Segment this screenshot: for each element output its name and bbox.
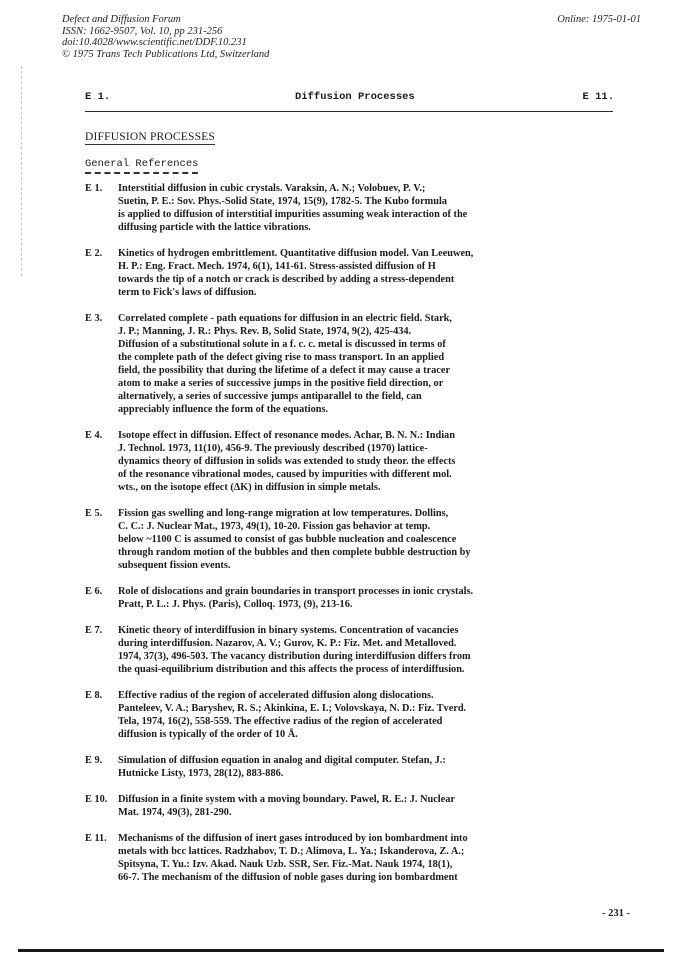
entry-text-line: atom to make a series of successive jump… <box>118 377 630 390</box>
entry-text-line: alternatively, a series of successive ju… <box>118 390 630 403</box>
journal-metadata: Defect and Diffusion Forum ISSN: 1662-95… <box>62 14 269 60</box>
margin-scan-line <box>21 66 22 276</box>
entry-text-line: field, the possibility that during the l… <box>118 364 630 377</box>
reference-entry: E 4. Isotope effect in diffusion. Effect… <box>85 429 630 494</box>
subsection-title: General References <box>85 158 198 174</box>
entry-text-line: 66-7. The mechanism of the diffusion of … <box>118 871 630 884</box>
entry-text-line: C. C.: J. Nuclear Mat., 1973, 49(1), 10-… <box>118 520 630 533</box>
reference-list: E 1. Interstitial diffusion in cubic cry… <box>85 182 630 884</box>
entry-text-line: below ~1100 C is assumed to consist of g… <box>118 533 630 546</box>
entry-text-line: Kinetic theory of interdiffusion in bina… <box>118 624 630 637</box>
entry-text-line: the complete path of the defect giving r… <box>118 351 630 364</box>
entry-label: E 9. <box>85 754 102 767</box>
running-head-first-entry: E 1. <box>85 91 110 103</box>
entry-text-line: Diffusion in a finite system with a movi… <box>118 793 630 806</box>
entry-label: E 11. <box>85 832 107 845</box>
reference-entry: E 10. Diffusion in a finite system with … <box>85 793 630 819</box>
reference-entry: E 8. Effective radius of the region of a… <box>85 689 630 741</box>
running-head-title: Diffusion Processes <box>295 91 415 103</box>
entry-text-line: Tela, 1974, 16(2), 558-559. The effectiv… <box>118 715 630 728</box>
entry-text-line: Effective radius of the region of accele… <box>118 689 630 702</box>
entry-text-line: Spitsyna, T. Yu.: Izv. Akad. Nauk Uzb. S… <box>118 858 630 871</box>
entry-text-line: Role of dislocations and grain boundarie… <box>118 585 630 598</box>
doi: doi:10.4028/www.scientific.net/DDF.10.23… <box>62 37 269 49</box>
entry-label: E 3. <box>85 312 102 325</box>
running-head-last-entry: E 11. <box>582 91 614 103</box>
page-number: - 231 - <box>602 908 630 919</box>
reference-entry: E 5. Fission gas swelling and long-range… <box>85 507 630 572</box>
entry-label: E 5. <box>85 507 102 520</box>
entry-text-line: Mat. 1974, 49(3), 281-290. <box>118 806 630 819</box>
entry-text-line: J. Technol. 1973, 11(10), 456-9. The pre… <box>118 442 630 455</box>
entry-text-line: J. P.; Manning, J. R.: Phys. Rev. B, Sol… <box>118 325 630 338</box>
entry-text-line: Interstitial diffusion in cubic crystals… <box>118 182 630 195</box>
entry-text-line: subsequent fission events. <box>118 559 630 572</box>
entry-text-line: is applied to diffusion of interstitial … <box>118 208 630 221</box>
entry-text-line: through random motion of the bubbles and… <box>118 546 630 559</box>
entry-label: E 8. <box>85 689 102 702</box>
entry-text-line: Mechanisms of the diffusion of inert gas… <box>118 832 630 845</box>
issn-volume-pages: ISSN: 1662-9507, Vol. 10, pp 231-256 <box>62 26 269 38</box>
entry-text-line: Correlated complete - path equations for… <box>118 312 630 325</box>
section-title: DIFFUSION PROCESSES <box>85 131 215 145</box>
footer-rule <box>18 949 664 952</box>
header-rule <box>85 111 613 112</box>
entry-text-line: Hutnicke Listy, 1973, 28(12), 883-886. <box>118 767 630 780</box>
entry-text-line: of the resonance vibrational modes, caus… <box>118 468 630 481</box>
entry-text-line: the quasi-equilibrium distribution and t… <box>118 663 630 676</box>
entry-text-line: Pratt, P. L.: J. Phys. (Paris), Colloq. … <box>118 598 630 611</box>
entry-text-line: 1974, 37(3), 496-503. The vacancy distri… <box>118 650 630 663</box>
entry-text-line: diffusing particle with the lattice vibr… <box>118 221 630 234</box>
entry-text-line: dynamics theory of diffusion in solids w… <box>118 455 630 468</box>
entry-text-line: term to Fick's laws of diffusion. <box>118 286 630 299</box>
copyright: © 1975 Trans Tech Publications Ltd, Swit… <box>62 49 269 61</box>
entry-text-line: Suetin, P. E.: Sov. Phys.-Solid State, 1… <box>118 195 630 208</box>
entry-label: E 10. <box>85 793 107 806</box>
reference-entry: E 2. Kinetics of hydrogen embrittlement.… <box>85 247 630 299</box>
entry-text-line: Diffusion of a substitutional solute in … <box>118 338 630 351</box>
entry-text-line: metals with bcc lattices. Radzhabov, T. … <box>118 845 630 858</box>
reference-entry: E 11. Mechanisms of the diffusion of ine… <box>85 832 630 884</box>
reference-entry: E 1. Interstitial diffusion in cubic cry… <box>85 182 630 234</box>
entry-label: E 6. <box>85 585 102 598</box>
online-date: Online: 1975-01-01 <box>557 14 641 25</box>
entry-label: E 7. <box>85 624 102 637</box>
entry-text-line: Kinetics of hydrogen embrittlement. Quan… <box>118 247 630 260</box>
entry-text-line: Simulation of diffusion equation in anal… <box>118 754 630 767</box>
entry-text-line: wts., on the isotope effect (ΔK) in diff… <box>118 481 630 494</box>
entry-label: E 2. <box>85 247 102 260</box>
reference-entry: E 9. Simulation of diffusion equation in… <box>85 754 630 780</box>
entry-text-line: appreciably influence the form of the eq… <box>118 403 630 416</box>
entry-text-line: during interdiffusion. Nazarov, A. V.; G… <box>118 637 630 650</box>
reference-entry: E 7. Kinetic theory of interdiffusion in… <box>85 624 630 676</box>
journal-name: Defect and Diffusion Forum <box>62 14 269 26</box>
entry-text-line: Panteleev, V. A.; Baryshev, R. S.; Akink… <box>118 702 630 715</box>
reference-entry: E 3. Correlated complete - path equation… <box>85 312 630 416</box>
entry-text-line: diffusion is typically of the order of 1… <box>118 728 630 741</box>
entry-text-line: Isotope effect in diffusion. Effect of r… <box>118 429 630 442</box>
entry-text-line: towards the tip of a notch or crack is d… <box>118 273 630 286</box>
entry-text-line: H. P.: Eng. Fract. Mech. 1974, 6(1), 141… <box>118 260 630 273</box>
entry-text-line: Fission gas swelling and long-range migr… <box>118 507 630 520</box>
entry-label: E 4. <box>85 429 102 442</box>
reference-entry: E 6. Role of dislocations and grain boun… <box>85 585 630 611</box>
entry-label: E 1. <box>85 182 102 195</box>
